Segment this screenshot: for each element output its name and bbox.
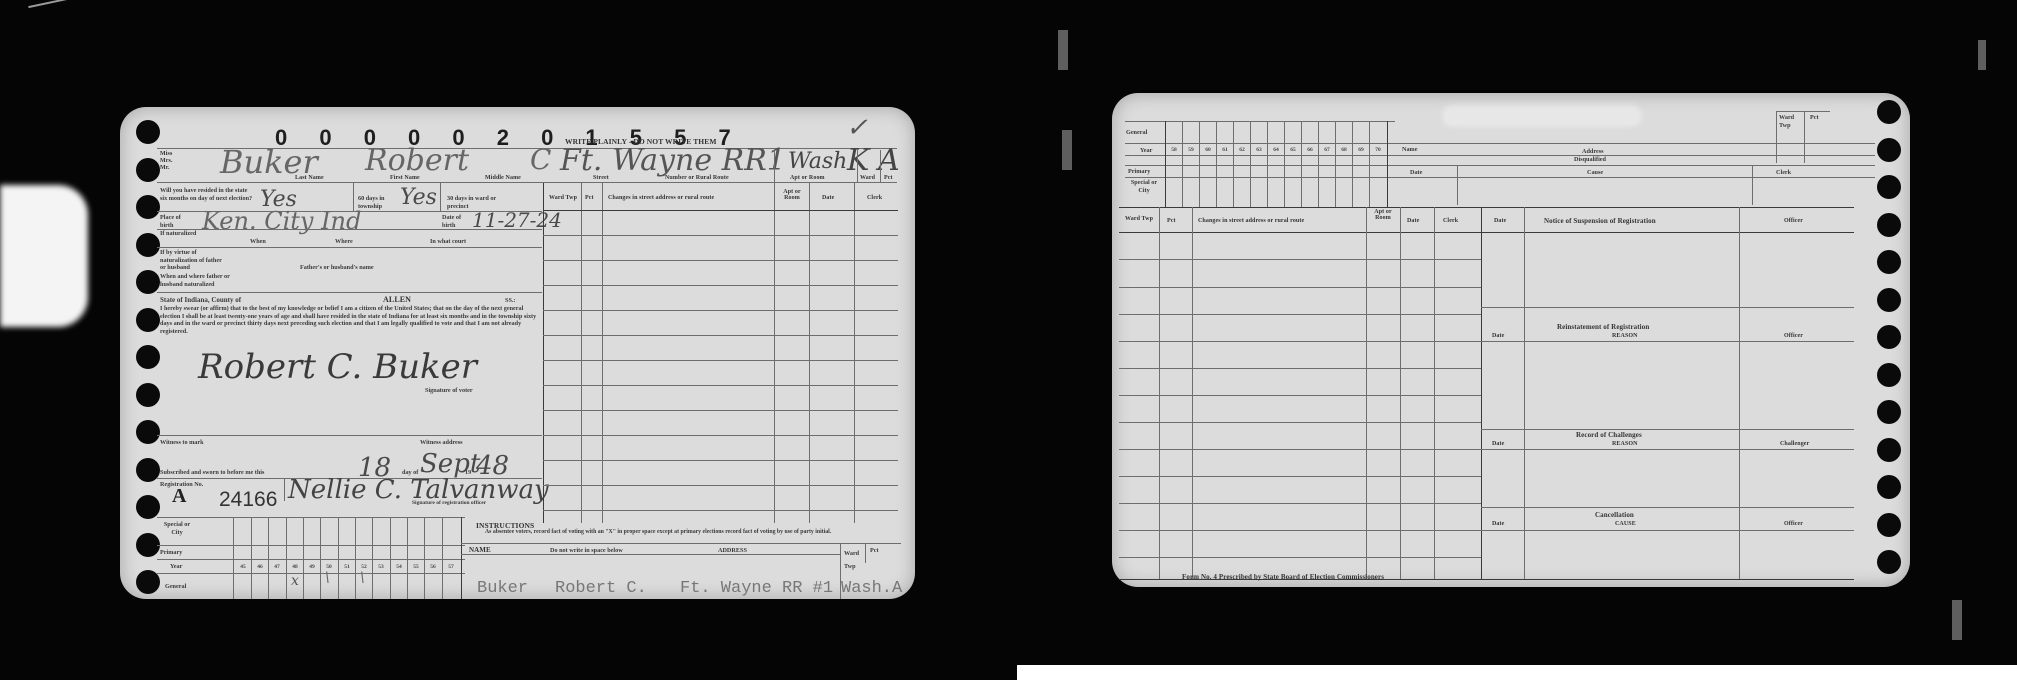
vote-mark-50: \	[325, 570, 330, 586]
changes-header-date: Date	[822, 195, 834, 201]
label-when-where-father: When and where father or husband natural…	[160, 273, 235, 288]
punch-hole	[1877, 363, 1901, 387]
ward-value: K	[847, 143, 869, 178]
reinstatement-header-officer: Officer	[1784, 333, 1803, 339]
back-label-name: Name	[1402, 146, 1417, 154]
grid-label-primary: Primary	[160, 549, 182, 557]
middle-initial-value: C	[530, 143, 551, 176]
label-naturalized: If naturalized	[160, 230, 202, 238]
scan-border	[1017, 665, 2017, 680]
grid-label-special: Special or City	[162, 521, 192, 536]
back-changes-apt: Apt or Room	[1368, 209, 1398, 221]
instructions-text: As absentee voters, record fact of votin…	[485, 529, 845, 537]
back-changes-ward: Ward Twp	[1124, 216, 1154, 222]
back-changes-clerk: Clerk	[1443, 218, 1458, 224]
back-label-cause: Cause	[1587, 169, 1603, 177]
label-last-name: Last Name	[295, 175, 324, 181]
label-ward: Ward	[860, 175, 875, 181]
footer-name-label: NAME	[469, 546, 491, 554]
grid-year: 56	[423, 564, 443, 570]
punch-hole	[1877, 513, 1901, 537]
oath-county: ALLEN	[383, 295, 411, 304]
label-witness-mark: Witness to mark	[160, 439, 204, 447]
punch-hole	[136, 383, 160, 407]
changes-header-clerk: Clerk	[867, 195, 882, 201]
grid-year: 53	[371, 564, 391, 570]
typed-ward: Wash.A	[841, 579, 902, 598]
label-signature-voter: Signature of voter	[425, 387, 473, 395]
challenges-reason: REASON	[1612, 441, 1638, 447]
resided-township-value: Yes	[400, 185, 437, 210]
honorific-mrs: Mrs.	[160, 158, 173, 164]
pct-value: A	[878, 143, 900, 178]
label-pct: Pct	[884, 175, 893, 181]
punch-hole	[1877, 213, 1901, 237]
voter-signature: Robert C. Buker	[198, 347, 477, 387]
grid-year: 57	[441, 564, 461, 570]
punch-hole	[136, 158, 160, 182]
punch-hole	[136, 233, 160, 257]
label-apt-room: Apt or Room	[790, 175, 825, 181]
cancellation-header-date: Date	[1492, 521, 1504, 527]
film-dust	[1058, 30, 1068, 70]
label-when: When	[250, 238, 266, 246]
oath-state-line: State of Indiana, County of	[160, 297, 241, 305]
challenges-header-date: Date	[1492, 441, 1504, 447]
back-label-ward-twp: Ward Twp	[1779, 114, 1801, 129]
check-mark: ✓	[846, 113, 868, 143]
punch-hole	[1877, 138, 1901, 162]
punch-hole	[136, 420, 160, 444]
grid-label-year: Year	[170, 563, 182, 571]
punch-hole	[1877, 250, 1901, 274]
registration-number: 24166	[219, 488, 277, 512]
footer-pct: Pct	[870, 547, 879, 555]
punch-hole	[1877, 325, 1901, 349]
punch-hole	[1877, 550, 1901, 574]
back-grid-primary: Primary	[1128, 168, 1150, 176]
reinstatement-reason: REASON	[1612, 333, 1638, 339]
punch-hole	[1877, 288, 1901, 312]
label-where: Where	[335, 238, 353, 246]
reinstatement-header-date: Date	[1492, 333, 1504, 339]
punch-hole	[1877, 475, 1901, 499]
changes-header-apt: Apt or Room	[777, 189, 807, 201]
film-glare	[0, 185, 88, 327]
label-by-virtue: If by virtue of naturalization of father…	[160, 249, 228, 272]
label-fathers-name: Father's or husband's name	[300, 264, 374, 272]
typed-first-name: Robert C.	[555, 579, 647, 598]
back-card: General Year Primary Special or City 58 …	[1112, 93, 1910, 587]
cancellation-header-officer: Officer	[1784, 521, 1803, 527]
label-court: In what court	[430, 238, 466, 246]
back-label-date: Date	[1410, 169, 1422, 177]
changes-header-address: Changes in street address or rural route	[608, 195, 714, 201]
sworn-line: Subscribed and sworn to before me this	[160, 469, 264, 477]
vote-mark-52: \	[360, 570, 365, 586]
punch-hole	[1877, 175, 1901, 199]
vote-mark-48: x	[291, 573, 299, 589]
footer-ward-twp: Ward Twp	[844, 547, 864, 573]
typed-last-name: Buker	[477, 579, 528, 598]
back-grid-general: General	[1126, 129, 1147, 137]
back-changes-pct: Pct	[1167, 218, 1176, 224]
back-changes-address: Changes in street address or rural route	[1198, 218, 1304, 224]
scan-glare	[1442, 105, 1642, 127]
reinstatement-title: Reinstatement of Registration	[1557, 323, 1649, 331]
front-card: 0 0 0 0 0 2 0 1 5 5 7 WRITE PLAINLY - DO…	[120, 107, 915, 599]
film-dust	[1978, 40, 1986, 70]
typed-address: Ft. Wayne RR #1	[680, 579, 833, 598]
question-resided-state: Will you have resided in the state six m…	[160, 187, 255, 202]
grid-year: 47	[267, 564, 287, 570]
label-number-rural: Number or Rural Route	[665, 175, 729, 181]
form-footer: Form No. 4 Prescribed by State Board of …	[1182, 573, 1384, 581]
label-officer-signature: Signature of registration officer	[412, 500, 486, 508]
grid-label-general: General	[165, 583, 186, 591]
cancellation-title: Cancellation	[1595, 511, 1634, 519]
punch-hole	[136, 195, 160, 219]
oath-text: I hereby swear (or affirm) that to the b…	[160, 305, 540, 335]
changes-header-pct: Pct	[585, 195, 594, 201]
changes-header-ward: Ward Twp	[548, 195, 578, 201]
punch-hole	[136, 345, 160, 369]
oath-ss: SS.:	[505, 297, 516, 305]
punch-hole	[1877, 438, 1901, 462]
back-label-clerk: Clerk	[1776, 169, 1791, 177]
suspension-title: Notice of Suspension of Registration	[1544, 217, 1656, 225]
apt-value: Wash	[788, 149, 847, 174]
registration-letter: A	[172, 485, 187, 508]
back-label-pct: Pct	[1810, 114, 1819, 122]
first-name-value: Robert	[365, 143, 469, 178]
honorific-mr: Mr.	[160, 165, 170, 171]
punch-hole	[1877, 100, 1901, 124]
suspension-header-date: Date	[1494, 218, 1506, 224]
film-dust	[1952, 600, 1962, 640]
cancellation-cause: CAUSE	[1615, 521, 1636, 527]
back-changes-date: Date	[1407, 218, 1419, 224]
back-label-disqualified: Disqualified	[1574, 156, 1606, 164]
label-place-of-birth: Place of birth	[160, 214, 195, 229]
place-of-birth-value: Ken. City Ind	[202, 207, 361, 235]
film-dust	[1062, 130, 1072, 170]
back-grid-special: Special or City	[1130, 179, 1158, 194]
honorific-miss: Miss	[160, 151, 172, 157]
punch-hole	[136, 308, 160, 332]
suspension-header-officer: Officer	[1784, 218, 1803, 224]
back-label-address: Address	[1582, 148, 1604, 156]
challenges-header-challenger: Challenger	[1780, 441, 1809, 447]
punch-hole	[136, 495, 160, 519]
punch-hole	[1877, 400, 1901, 424]
back-grid-year: Year	[1140, 147, 1152, 155]
film-scratch	[28, 0, 68, 8]
label-date-of-birth: Date of birth	[442, 214, 472, 229]
challenges-title: Record of Challenges	[1576, 431, 1642, 439]
punch-hole	[136, 270, 160, 294]
punch-hole	[136, 120, 160, 144]
label-middle-name: Middle Name	[485, 175, 521, 181]
back-grid-year: 70	[1368, 147, 1388, 153]
label-first-name: First Name	[390, 175, 420, 181]
address-value: Ft. Wayne RR1	[560, 143, 786, 178]
label-street: Street	[593, 175, 609, 181]
label-witness-address: Witness address	[420, 439, 463, 447]
